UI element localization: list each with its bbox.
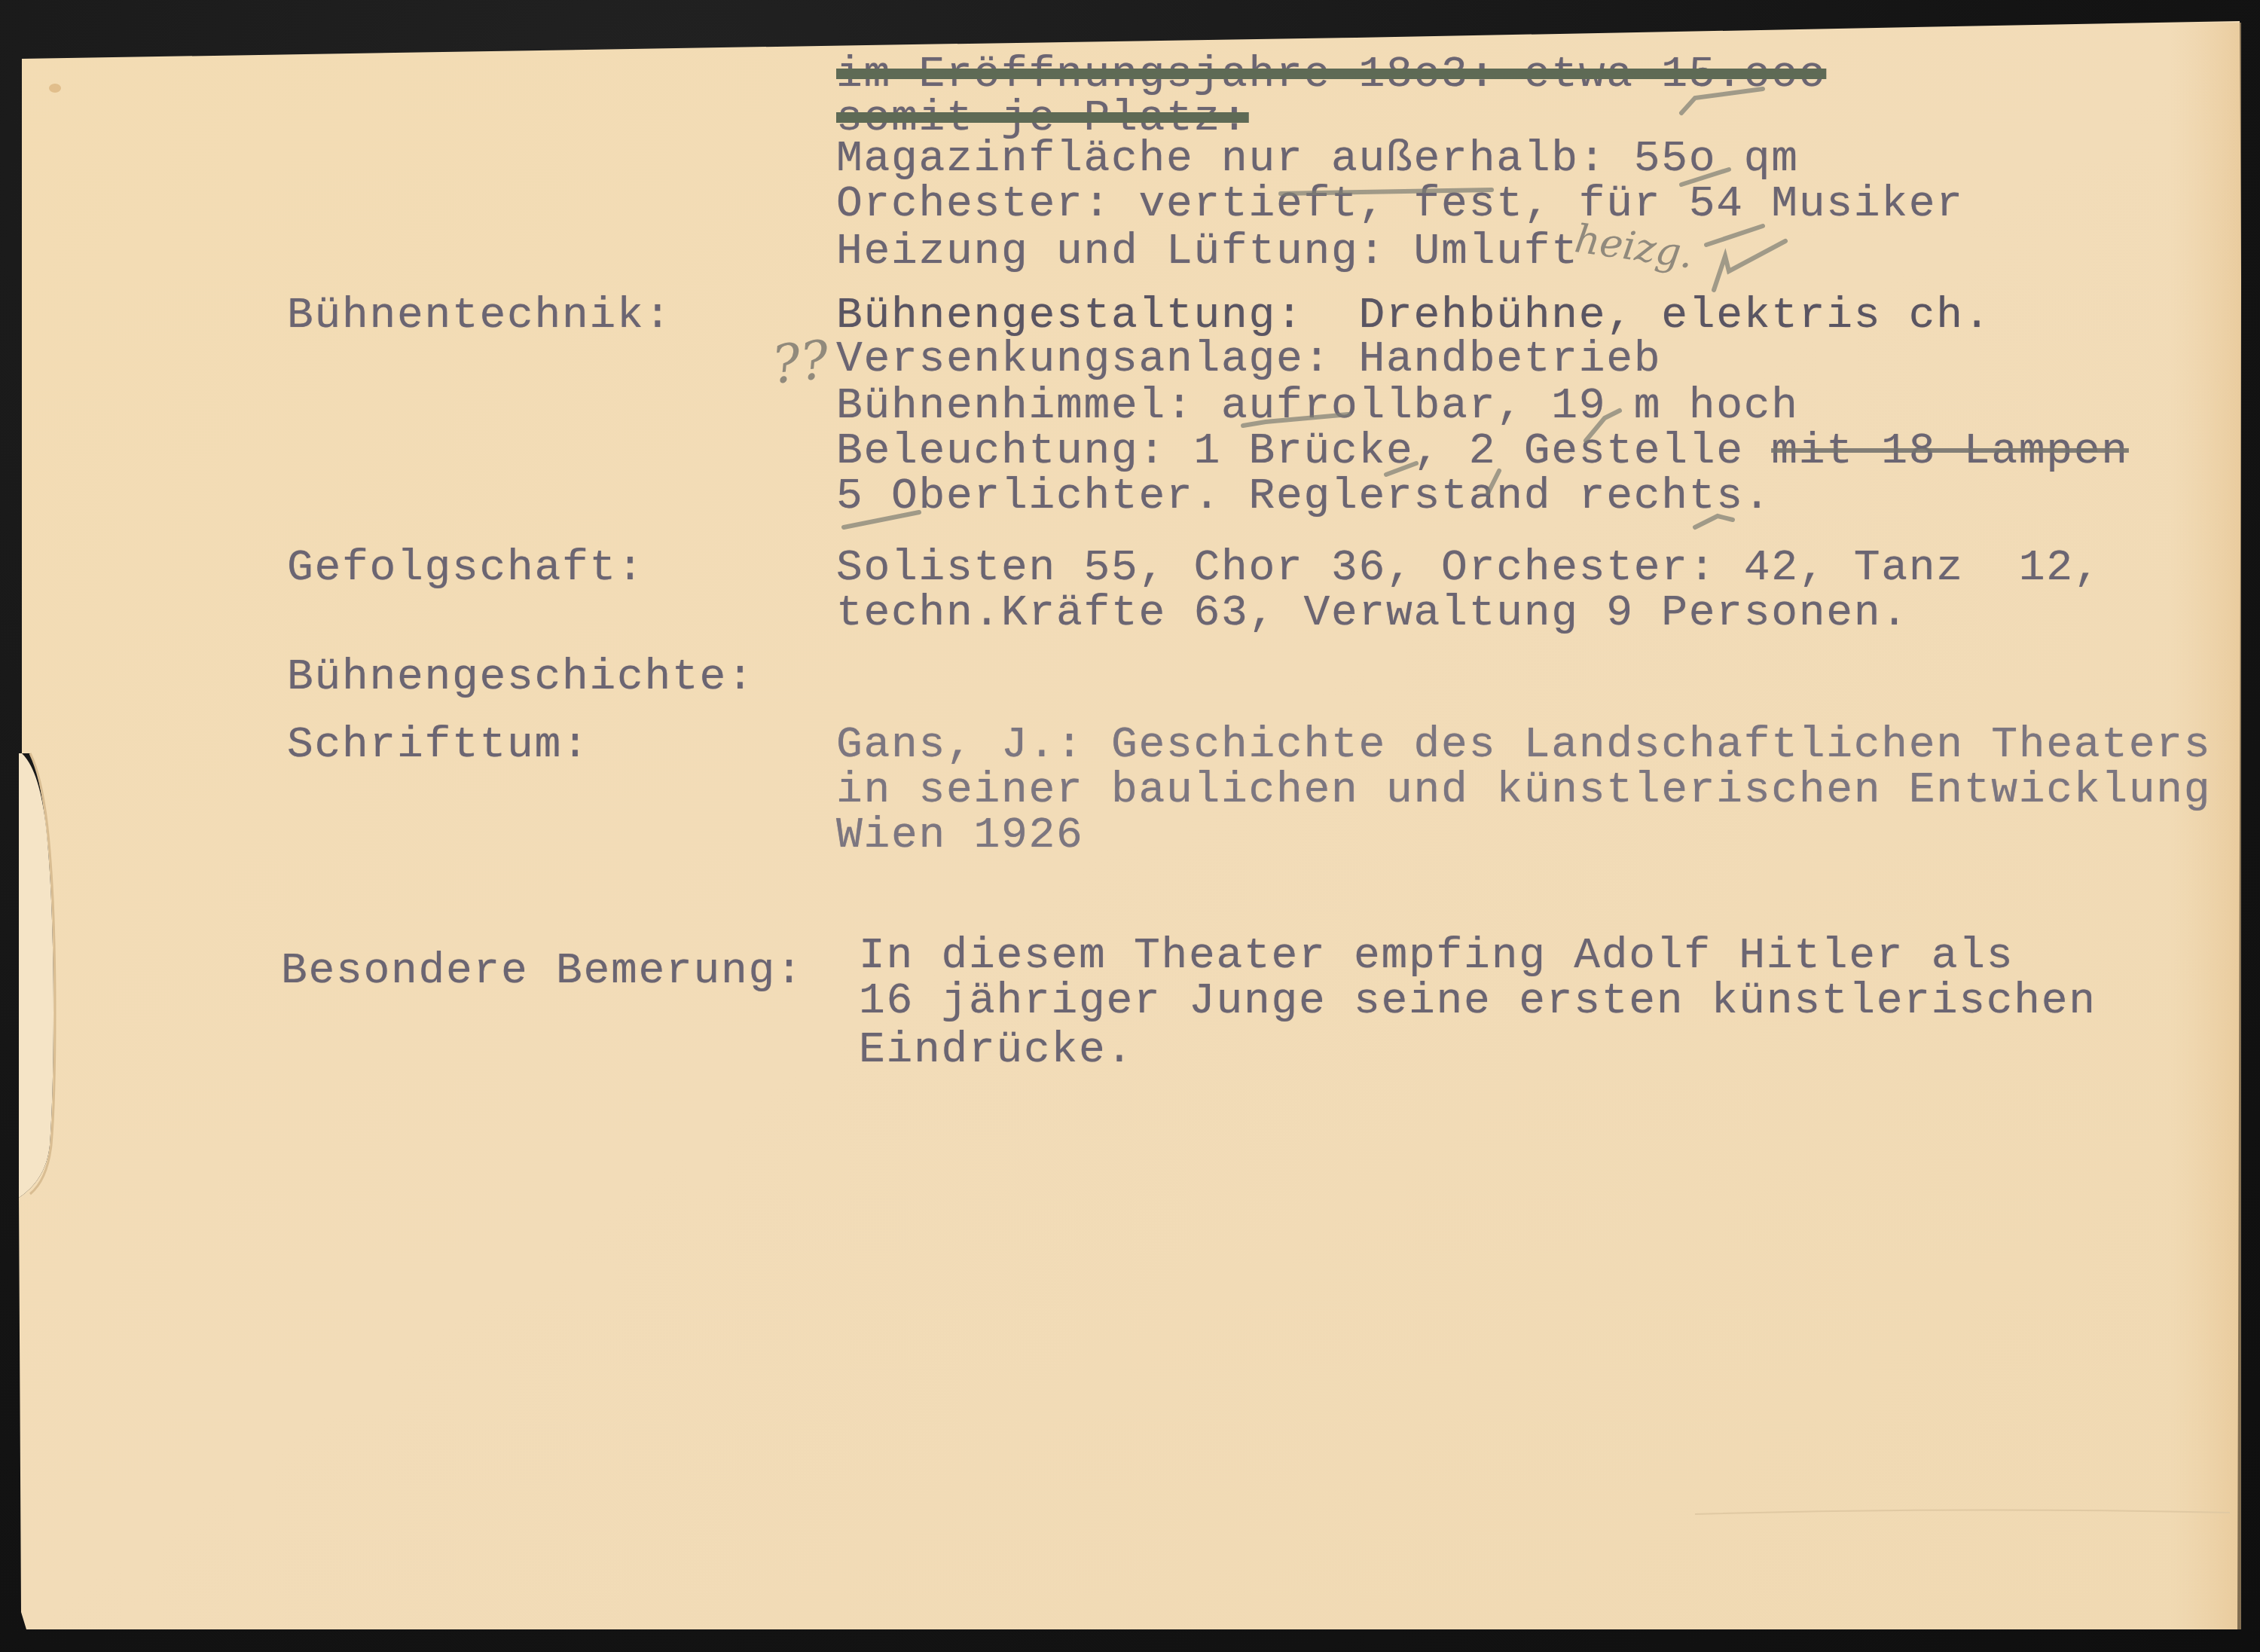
pencil-check-marks xyxy=(0,0,2260,1652)
